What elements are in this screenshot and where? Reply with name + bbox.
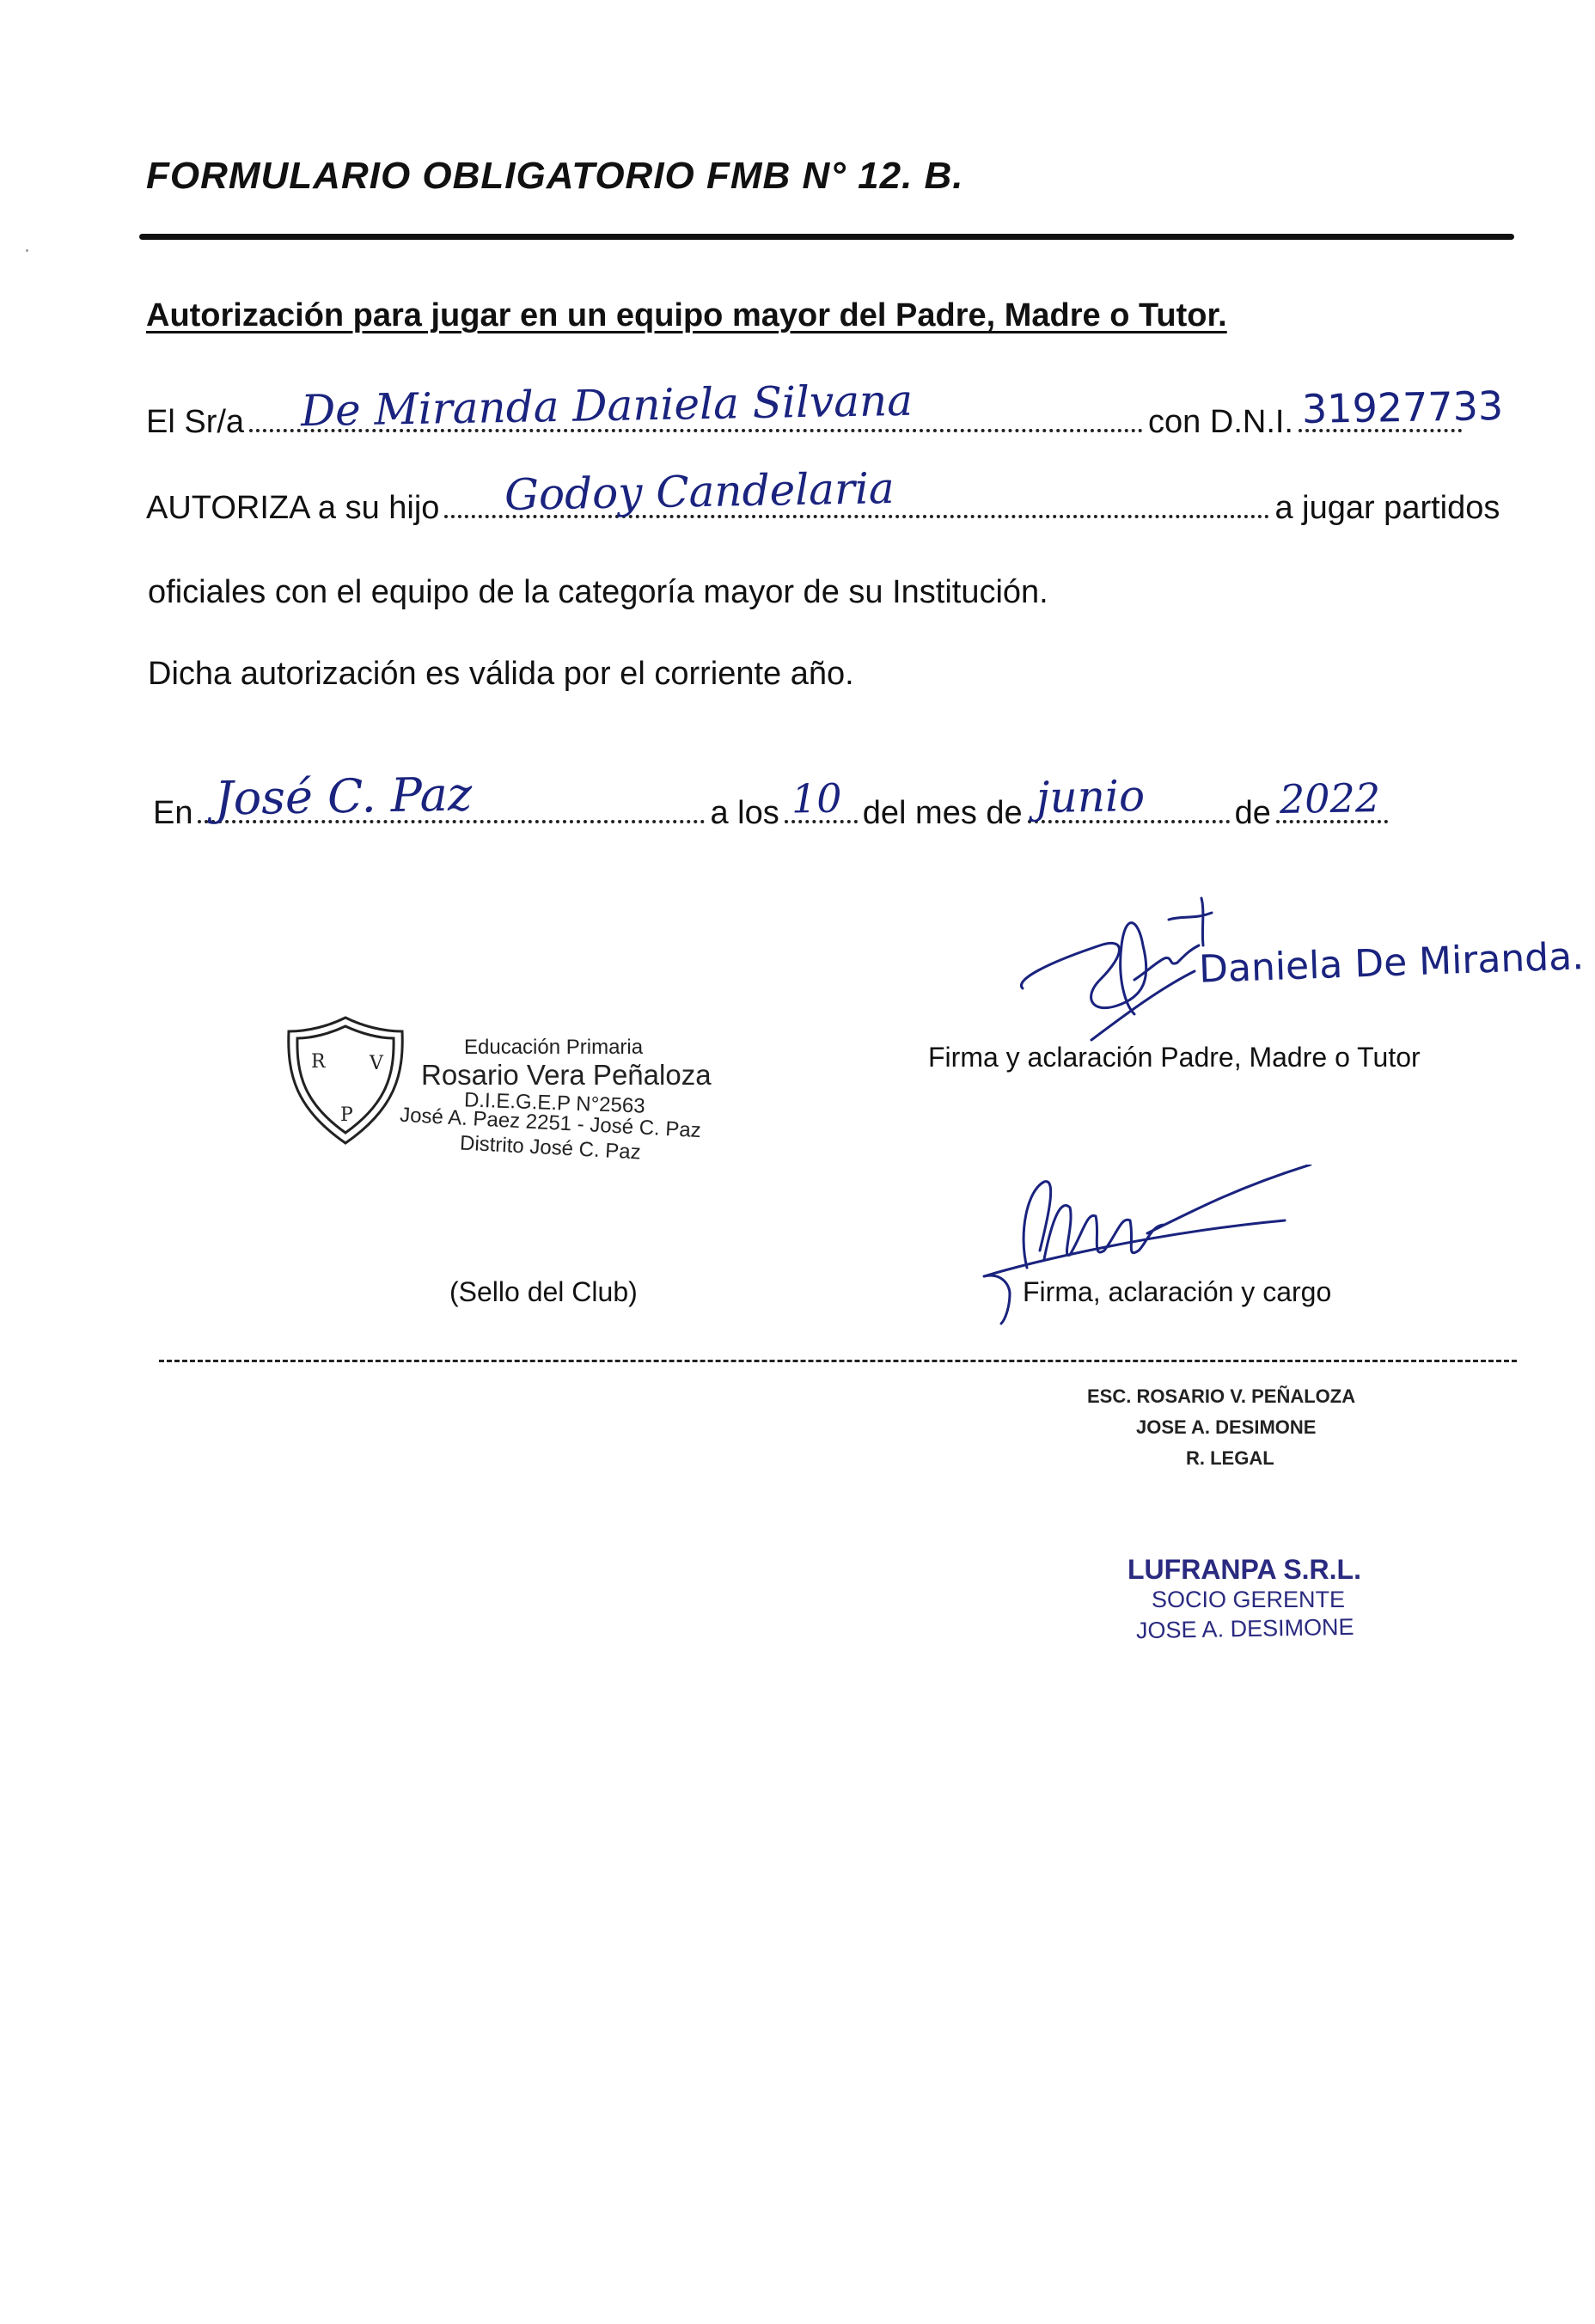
scan-speck — [26, 249, 28, 252]
place-prefix: En — [153, 795, 192, 832]
form-subtitle: Autorización para jugar en un equipo may… — [146, 297, 1227, 334]
club-seal-label: (Sello del Club) — [449, 1276, 638, 1308]
company-stamp-line-2: SOCIO GERENTE — [1152, 1587, 1345, 1613]
day-label: a los — [710, 795, 779, 832]
official-signature-label: Firma, aclaración y cargo — [1023, 1276, 1331, 1308]
month-value: junio — [1036, 771, 1145, 823]
year-value: 2022 — [1279, 774, 1380, 823]
school-stamp-line-2: Rosario Vera Peñaloza — [421, 1059, 712, 1092]
guardian-line: El Sr/a De Miranda Daniela Silvana con D… — [146, 404, 1467, 441]
year-field[interactable]: 2022 — [1276, 815, 1388, 823]
child-line: AUTORIZA a su hijo Godoy Candelaria a ju… — [146, 490, 1500, 527]
title-divider — [139, 234, 1514, 240]
school-shield-icon: R V P — [284, 1014, 408, 1147]
child-prefix: AUTORIZA a su hijo — [146, 490, 439, 527]
dni-label: con D.N.I. — [1148, 404, 1293, 441]
shield-letter-r: R — [311, 1051, 327, 1073]
child-suffix: a jugar partidos — [1274, 490, 1500, 527]
dni-field[interactable]: 31927733 — [1299, 424, 1462, 432]
legal-stamp-line-2: JOSE A. DESIMONE — [1136, 1416, 1316, 1439]
cut-line-divider — [159, 1360, 1517, 1362]
date-line: En José C. Paz a los 10 del mes de junio… — [153, 795, 1393, 832]
form-title: FORMULARIO OBLIGATORIO FMB N° 12. B. — [146, 155, 964, 198]
day-field[interactable]: 10 — [785, 815, 858, 823]
shield-letter-v: V — [369, 1053, 384, 1074]
year-label: de — [1235, 795, 1271, 832]
month-field[interactable]: junio — [1028, 815, 1230, 823]
parent-signature-label: Firma y aclaración Padre, Madre o Tutor — [928, 1042, 1421, 1073]
dni-value: 31927733 — [1302, 382, 1504, 432]
day-value: 10 — [791, 774, 841, 822]
body-line-3: oficiales con el equipo de la categoría … — [148, 574, 1048, 611]
place-value: José C. Paz — [215, 767, 473, 825]
body-line-4: Dicha autorización es válida por el corr… — [148, 656, 854, 693]
legal-stamp-line-3: R. LEGAL — [1186, 1447, 1274, 1470]
guardian-name-value: De Miranda Daniela Silvana — [301, 376, 914, 436]
shield-letter-p: P — [340, 1104, 353, 1126]
place-field[interactable]: José C. Paz — [198, 815, 705, 823]
child-name-field[interactable]: Godoy Candelaria — [444, 510, 1269, 518]
school-stamp-line-1: Educación Primaria — [464, 1036, 643, 1060]
guardian-prefix: El Sr/a — [146, 404, 244, 441]
guardian-name-field[interactable]: De Miranda Daniela Silvana — [249, 424, 1143, 432]
company-stamp-line-1: LUFRANPA S.R.L. — [1127, 1554, 1361, 1586]
child-name-value: Godoy Candelaria — [504, 463, 895, 520]
legal-stamp-line-1: ESC. ROSARIO V. PEÑALOZA — [1087, 1385, 1355, 1408]
month-label: del mes de — [863, 795, 1023, 832]
company-stamp-line-3: JOSE A. DESIMONE — [1136, 1614, 1354, 1644]
